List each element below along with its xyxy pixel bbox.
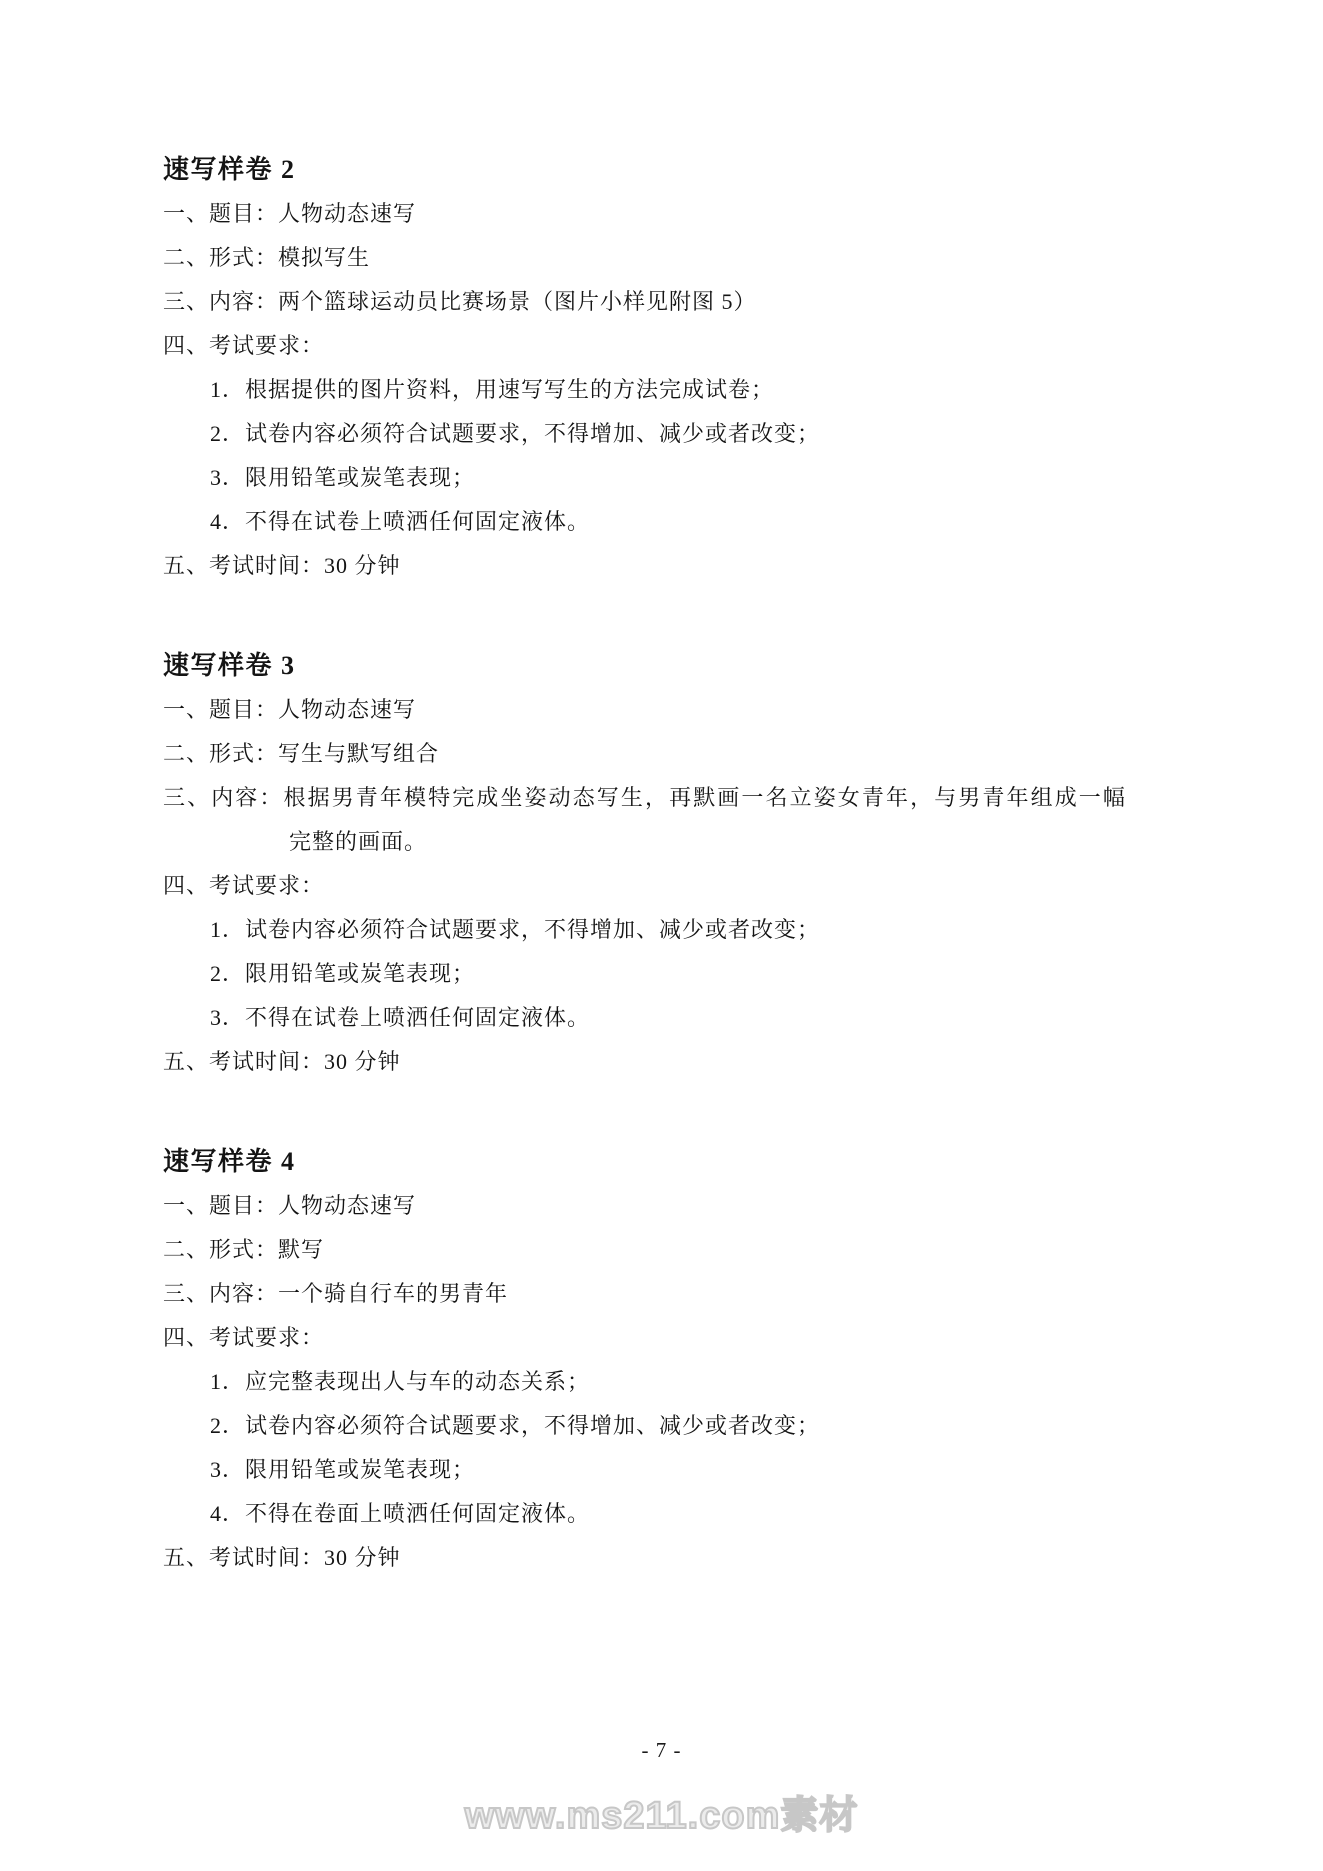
document-line: 四、考试要求： [163, 864, 1178, 908]
section-heading: 速写样卷 3 [163, 644, 1178, 688]
section-heading: 速写样卷 4 [163, 1140, 1178, 1184]
document-line: 五、考试时间：30 分钟 [163, 1040, 1178, 1084]
document-line: 一、题目：人物动态速写 [163, 192, 1178, 236]
document-line: 1．应完整表现出人与车的动态关系； [163, 1360, 1178, 1404]
document-line: 完整的画面。 [163, 820, 1178, 864]
document-line: 3．不得在试卷上喷洒任何固定液体。 [163, 996, 1178, 1040]
document-line: 二、形式：模拟写生 [163, 236, 1178, 280]
document-line: 三、内容：两个篮球运动员比赛场景（图片小样见附图 5） [163, 280, 1178, 324]
document-line: 3．限用铅笔或炭笔表现； [163, 1448, 1178, 1492]
document-line: 二、形式：写生与默写组合 [163, 732, 1178, 776]
document-line: 4．不得在卷面上喷洒任何固定液体。 [163, 1492, 1178, 1536]
document-line: 五、考试时间：30 分钟 [163, 1536, 1178, 1580]
document-content: 速写样卷 2 一、题目：人物动态速写 二、形式：模拟写生 三、内容：两个篮球运动… [163, 148, 1178, 1580]
watermark-text: www.ms211.com素材 [0, 1784, 1323, 1839]
document-line: 一、题目：人物动态速写 [163, 688, 1178, 732]
document-line: 四、考试要求： [163, 324, 1178, 368]
page-number: - 7 - [0, 1738, 1323, 1763]
document-line: 2．限用铅笔或炭笔表现； [163, 952, 1178, 996]
document-line: 2．试卷内容必须符合试题要求，不得增加、减少或者改变； [163, 1404, 1178, 1448]
document-line: 2．试卷内容必须符合试题要求，不得增加、减少或者改变； [163, 412, 1178, 456]
section-heading: 速写样卷 2 [163, 148, 1178, 192]
document-line: 二、形式：默写 [163, 1228, 1178, 1272]
document-line: 1．根据提供的图片资料，用速写写生的方法完成试卷； [163, 368, 1178, 412]
sample-paper-section: 速写样卷 2 一、题目：人物动态速写 二、形式：模拟写生 三、内容：两个篮球运动… [163, 148, 1178, 588]
document-line: 四、考试要求： [163, 1316, 1178, 1360]
sample-paper-section: 速写样卷 3 一、题目：人物动态速写 二、形式：写生与默写组合 三、内容：根据男… [163, 644, 1178, 1084]
document-page: 速写样卷 2 一、题目：人物动态速写 二、形式：模拟写生 三、内容：两个篮球运动… [0, 0, 1323, 1871]
document-line: 1．试卷内容必须符合试题要求，不得增加、减少或者改变； [163, 908, 1178, 952]
document-line: 4．不得在试卷上喷洒任何固定液体。 [163, 500, 1178, 544]
document-line: 三、内容：一个骑自行车的男青年 [163, 1272, 1178, 1316]
sample-paper-section: 速写样卷 4 一、题目：人物动态速写 二、形式：默写 三、内容：一个骑自行车的男… [163, 1140, 1178, 1580]
document-line: 一、题目：人物动态速写 [163, 1184, 1178, 1228]
document-line: 五、考试时间：30 分钟 [163, 544, 1178, 588]
document-line: 三、内容：根据男青年模特完成坐姿动态写生，再默画一名立姿女青年，与男青年组成一幅 [163, 776, 1178, 820]
document-line: 3．限用铅笔或炭笔表现； [163, 456, 1178, 500]
